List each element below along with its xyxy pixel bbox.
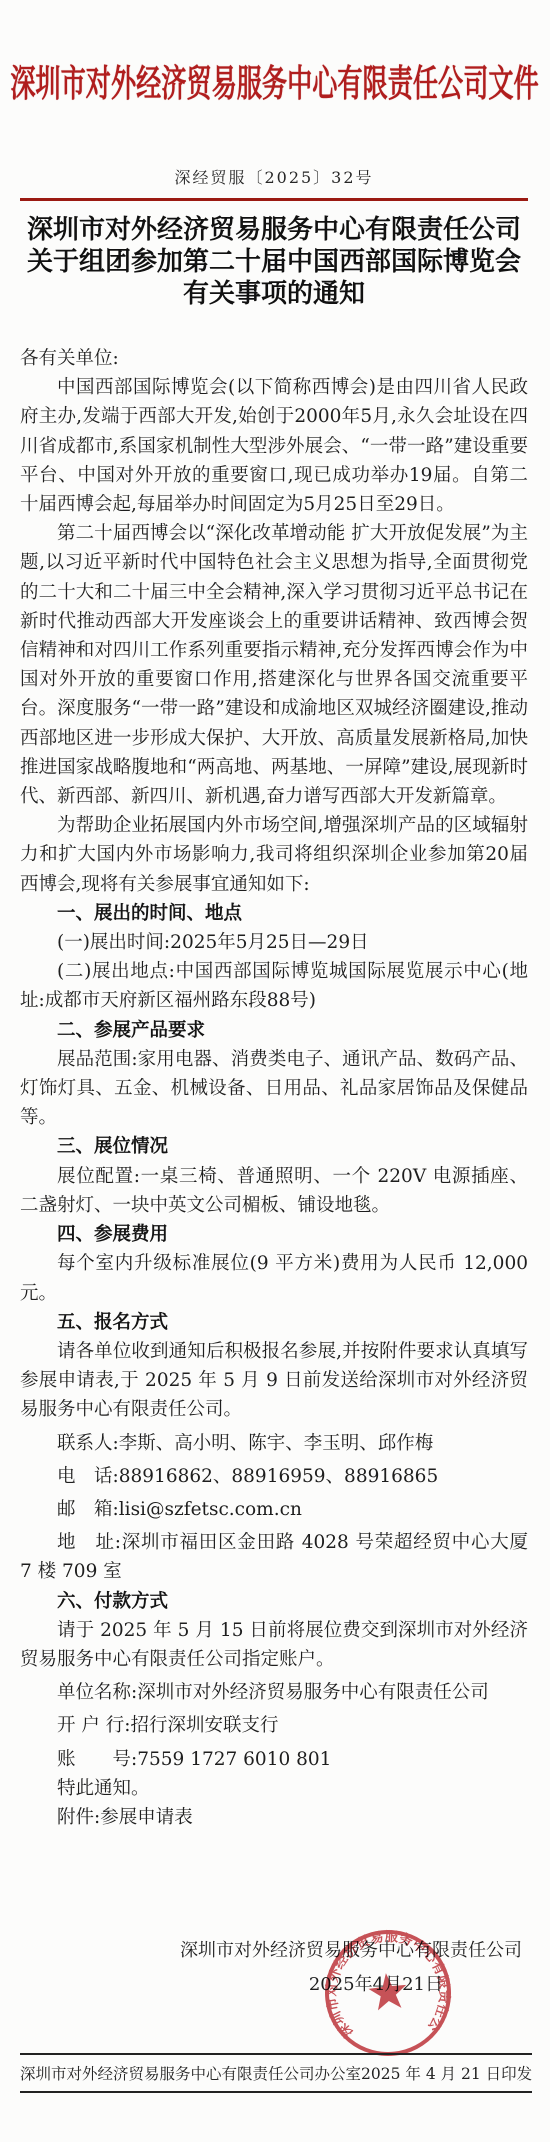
contact-email: 邮 箱:lisi@szfetsc.com.cn	[20, 1495, 528, 1524]
contact-address: 地 址:深圳市福田区金田路 4028 号荣超经贸中心大厦 7 楼 709 室	[20, 1528, 528, 1586]
bank-account-name: 单位名称:深圳市对外经济贸易服务中心有限责任公司	[20, 1678, 528, 1707]
document-title-line2: 关于组团参加第二十届中国西部国际博览会	[20, 246, 528, 278]
seal-star-icon	[367, 1971, 409, 2011]
official-red-seal: 深圳市对外经济贸易服务中心有限责任公司	[315, 1920, 460, 2065]
section-1-heading: 一、展出的时间、地点	[20, 899, 528, 928]
section-4-heading: 四、参展费用	[20, 1220, 528, 1249]
document-content: 深圳市对外经济贸易服务中心有限责任公司文件 深经贸服〔2025〕32号 深圳市对…	[0, 0, 550, 1999]
red-divider-rule	[20, 198, 528, 201]
attachment-note: 附件:参展申请表	[20, 1803, 528, 1832]
official-document-page: 深圳市对外经济贸易服务中心有限责任公司文件 深经贸服〔2025〕32号 深圳市对…	[0, 0, 550, 2142]
salutation: 各有关单位:	[20, 344, 528, 373]
section-2-body: 展品范围:家用电器、消费类电子、通讯产品、数码产品、灯饰灯具、五金、机械设备、日…	[20, 1045, 528, 1133]
contact-persons: 联系人:李斯、高小明、陈宇、李玉明、邱作梅	[20, 1429, 528, 1458]
bank-account-number: 账 号:7559 1727 6010 801	[20, 1745, 528, 1774]
section-5-body: 请各单位收到通知后积极报名参展,并按附件要求认真填写参展申请表,于 2025 年…	[20, 1337, 528, 1425]
section-3-body: 展位配置:一桌三椅、普通照明、一个 220V 电源插座、二盏射灯、一块中英文公司…	[20, 1162, 528, 1220]
section-6-heading: 六、付款方式	[20, 1587, 528, 1616]
closing-statement: 特此通知。	[20, 1774, 528, 1803]
paragraph-theme: 第二十届西博会以“深化改革增动能 扩大开放促发展”为主题,以习近平新时代中国特色…	[20, 519, 528, 811]
document-number: 深经贸服〔2025〕32号	[20, 166, 528, 190]
section-1-item-venue: (二)展出地点:中国西部国际博览城国际展览展示中心(地址:成都市天府新区福州路东…	[20, 957, 528, 1015]
section-1-item-time: (一)展出时间:2025年5月25日—29日	[20, 928, 528, 957]
footer-issuing-office: 深圳市对外经济贸易服务中心有限责任公司办公室	[20, 2062, 361, 2084]
letterhead-banner-text: 深圳市对外经济贸易服务中心有限责任公司文件	[10, 58, 538, 108]
section-4-body: 每个室内升级标准展位(9 平方米)费用为人民币 12,000 元。	[20, 1249, 528, 1307]
footer-print-date: 2025 年 4 月 21 日印发	[361, 2062, 532, 2084]
contact-phone: 电 话:88916862、88916959、88916865	[20, 1462, 528, 1491]
section-3-heading: 三、展位情况	[20, 1132, 528, 1161]
bank-name: 开 户 行:招行深圳安联支行	[20, 1711, 528, 1740]
signature-company: 深圳市对外经济贸易服务中心有限责任公司	[20, 1936, 528, 1965]
section-5-heading: 五、报名方式	[20, 1308, 528, 1337]
document-footer: 深圳市对外经济贸易服务中心有限责任公司办公室 2025 年 4 月 21 日印发	[20, 2053, 532, 2093]
section-2-heading: 二、参展产品要求	[20, 1016, 528, 1045]
paragraph-intro: 中国西部国际博览会(以下简称西博会)是由四川省人民政府主办,发端于西部大开发,始…	[20, 373, 528, 519]
section-6-body: 请于 2025 年 5 月 15 日前将展位费交到深圳市对外经济贸易服务中心有限…	[20, 1616, 528, 1674]
document-title-line3: 有关事项的通知	[20, 278, 528, 310]
document-title: 深圳市对外经济贸易服务中心有限责任公司 关于组团参加第二十届中国西部国际博览会 …	[20, 214, 528, 310]
letterhead-banner: 深圳市对外经济贸易服务中心有限责任公司文件	[20, 58, 528, 108]
document-title-line1: 深圳市对外经济贸易服务中心有限责任公司	[20, 214, 528, 246]
paragraph-purpose: 为帮助企业拓展国内外市场空间,增强深圳产品的区域辐射力和扩大国内外市场影响力,我…	[20, 811, 528, 899]
